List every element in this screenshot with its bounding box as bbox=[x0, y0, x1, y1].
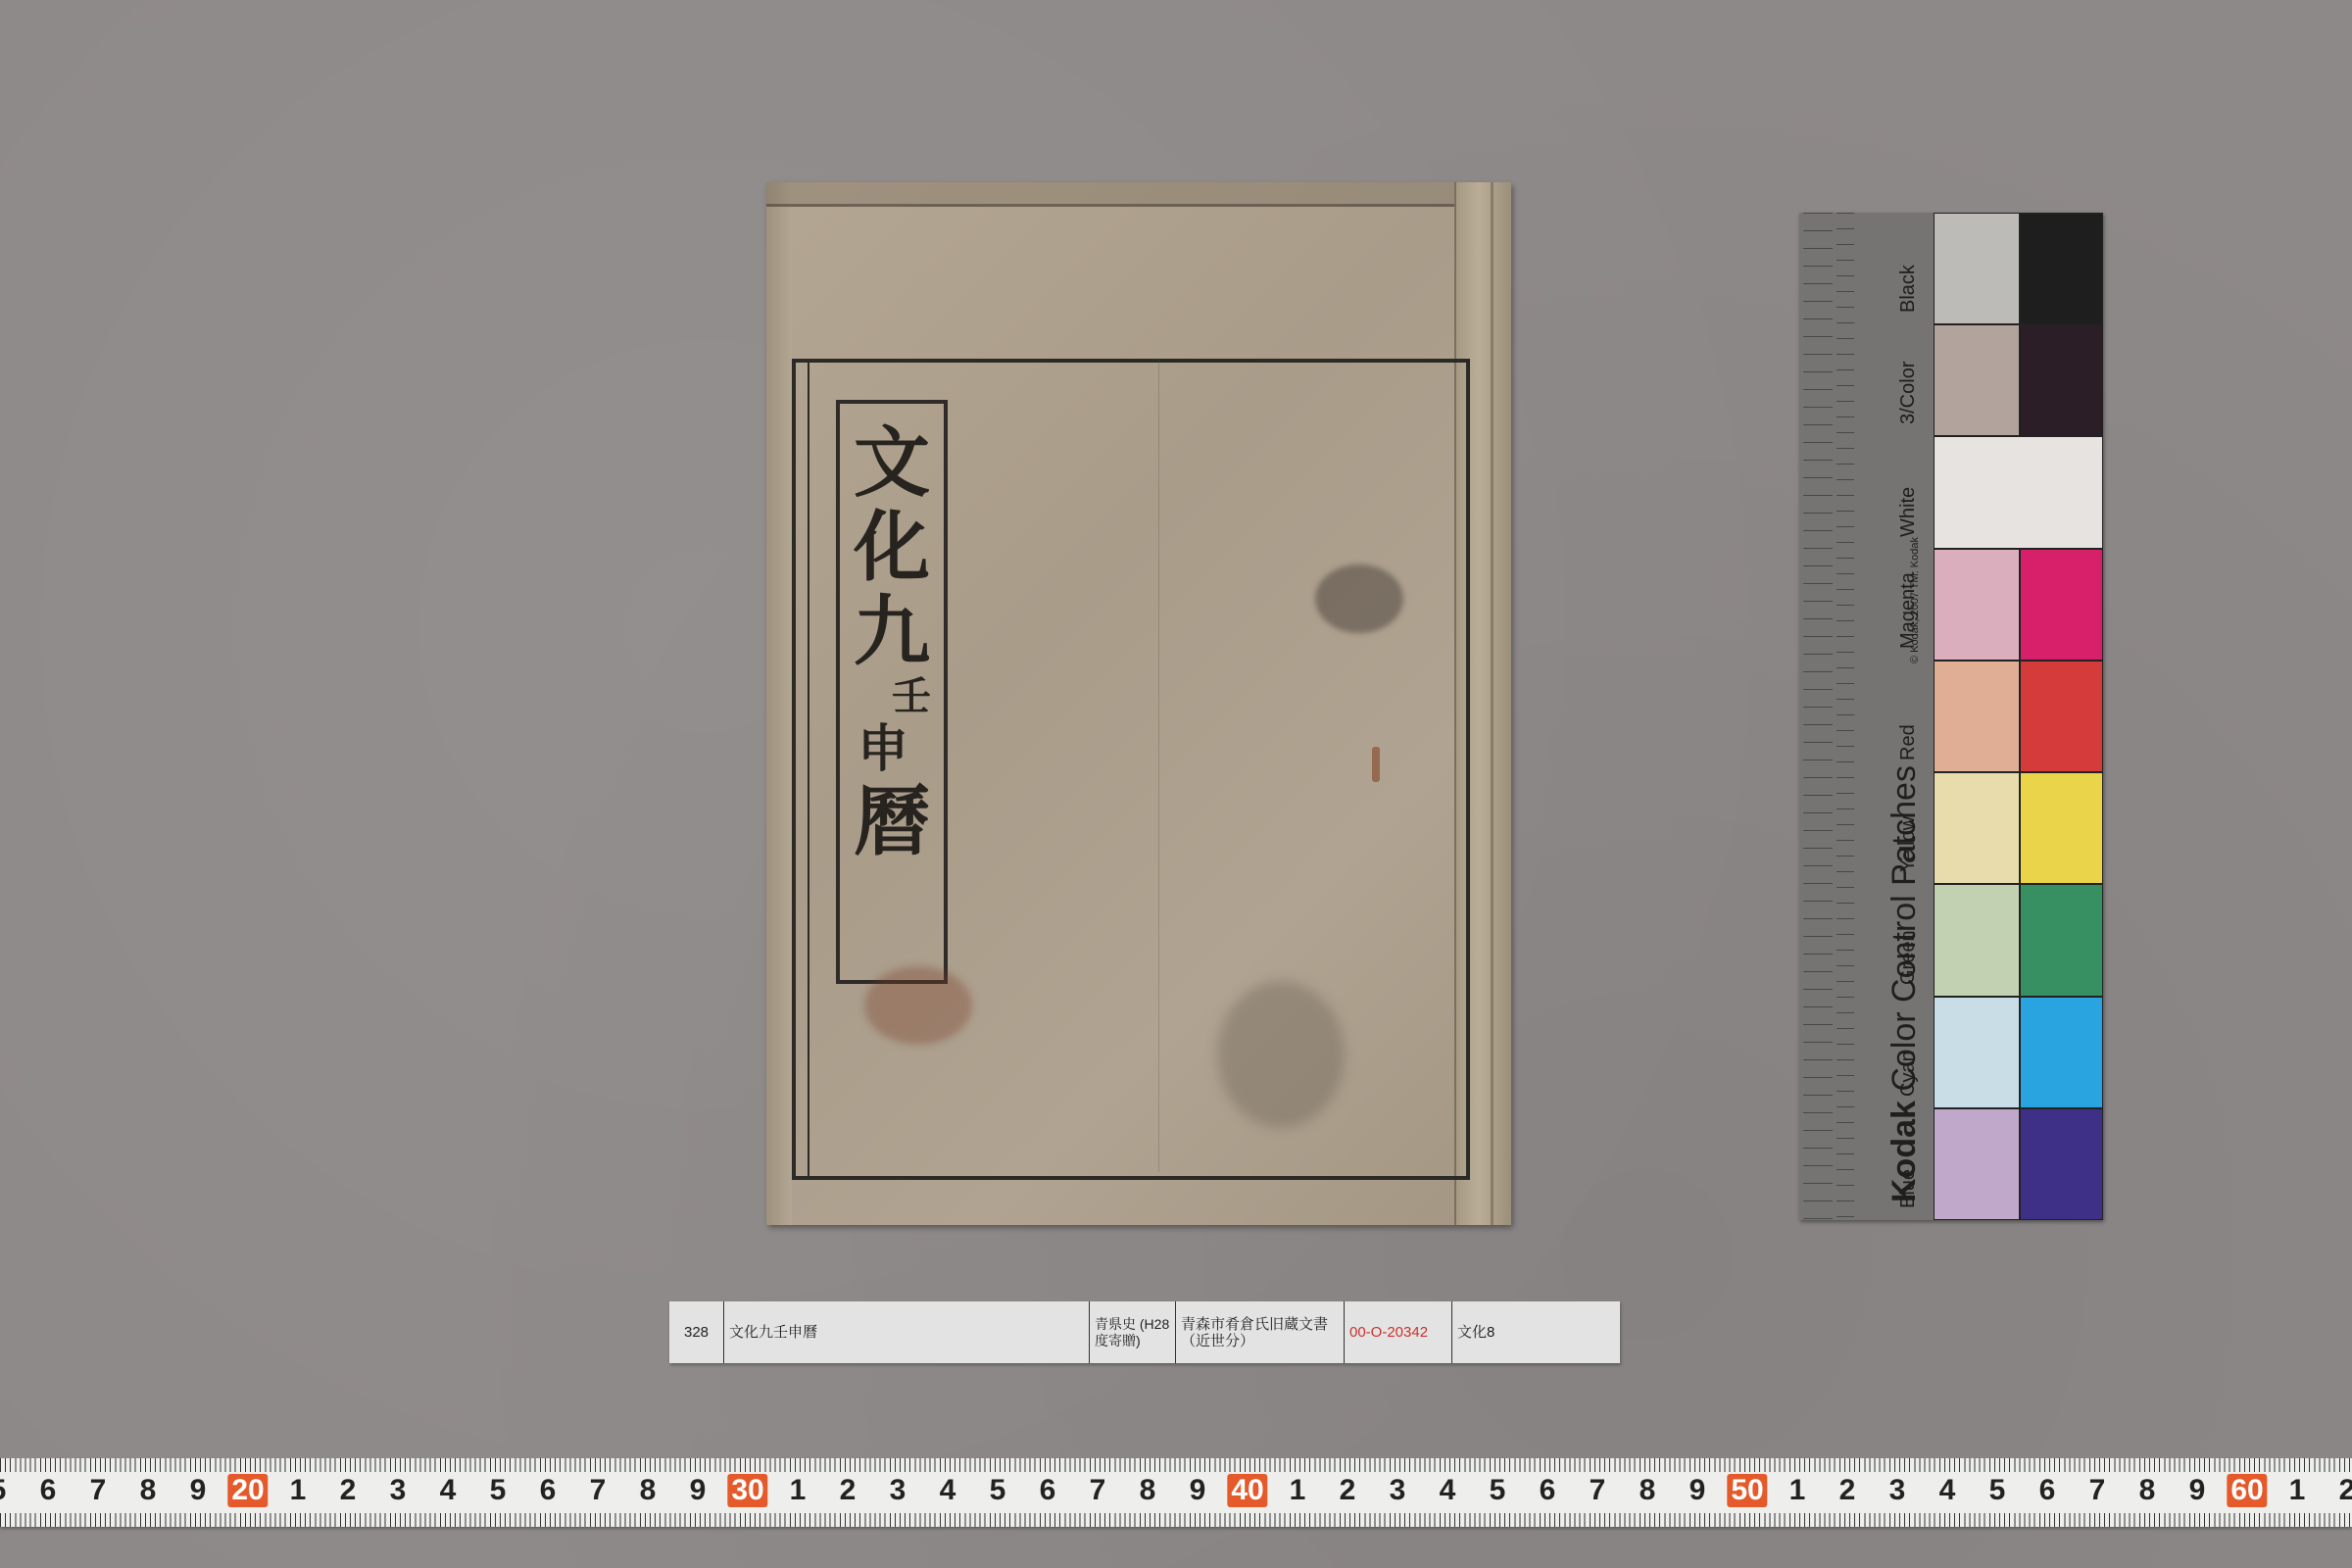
tape-number: 1 bbox=[290, 1474, 307, 1507]
tape-number: 3 bbox=[1390, 1474, 1406, 1507]
tape-number: 6 bbox=[1540, 1474, 1556, 1507]
tape-number: 1 bbox=[790, 1474, 807, 1507]
color-patch-red-dark bbox=[2020, 661, 2103, 772]
tape-number: 2 bbox=[1839, 1474, 1856, 1507]
tape-number: 5 bbox=[490, 1474, 507, 1507]
book-left-edge bbox=[766, 182, 792, 1225]
tape-number: 40 bbox=[1227, 1474, 1267, 1507]
ink-stain bbox=[1315, 564, 1403, 633]
title-char: 九 bbox=[854, 590, 930, 674]
patch-label: Cyan bbox=[1897, 1051, 1920, 1097]
tape-number: 8 bbox=[1140, 1474, 1156, 1507]
tape-number: 7 bbox=[1590, 1474, 1606, 1507]
tape-number: 3 bbox=[890, 1474, 906, 1507]
tape-number: 2 bbox=[1340, 1474, 1356, 1507]
tape-number: 7 bbox=[1090, 1474, 1106, 1507]
title-char: 曆 bbox=[854, 780, 930, 864]
color-patch-3-color-dark bbox=[2020, 324, 2103, 436]
color-patch-cyan-dark bbox=[2020, 997, 2103, 1108]
tape-number: 7 bbox=[90, 1474, 107, 1507]
patch-label: Magenta bbox=[1897, 572, 1920, 649]
tape-number: 5 bbox=[990, 1474, 1006, 1507]
color-patch-red-light bbox=[1934, 661, 2020, 772]
faded-seal-stain bbox=[864, 966, 972, 1045]
color-patch-yellow-light bbox=[1934, 772, 2020, 884]
title-slip: 文 化 九 壬 申 曆 bbox=[836, 400, 948, 984]
faded-print-stain bbox=[1217, 981, 1345, 1128]
paper-fold-line bbox=[1158, 359, 1159, 1172]
tape-number: 3 bbox=[1889, 1474, 1906, 1507]
cm-ruler-ticks bbox=[1837, 213, 1854, 1220]
tape-number: 7 bbox=[2089, 1474, 2106, 1507]
color-patch-green-light bbox=[1934, 884, 2020, 996]
tape-number: 5 bbox=[1989, 1474, 2006, 1507]
measuring-tape: 5678920123456789301234567894012345678950… bbox=[0, 1458, 2352, 1527]
catalog-label-strip: 328 文化九壬申曆 青県史 (H28度寄贈) 青森市肴倉氏旧蔵文書（近世分） … bbox=[669, 1301, 1620, 1363]
label-id: 00-O-20342 bbox=[1345, 1301, 1452, 1363]
patch-label: Green bbox=[1897, 930, 1920, 985]
tape-number: 4 bbox=[440, 1474, 457, 1507]
tape-number: 9 bbox=[2189, 1474, 2206, 1507]
color-patch-cyan-light bbox=[1934, 997, 2020, 1108]
tape-number: 8 bbox=[2139, 1474, 2156, 1507]
binding-thread bbox=[1491, 182, 1494, 1225]
color-patch-white bbox=[1934, 436, 2103, 548]
label-source: 青県史 (H28度寄贈) bbox=[1090, 1301, 1176, 1363]
label-number: 328 bbox=[669, 1301, 724, 1363]
tape-ticks-bottom bbox=[0, 1513, 2352, 1527]
rust-mark bbox=[1372, 747, 1380, 782]
tape-number: 1 bbox=[1789, 1474, 1806, 1507]
inch-ruler-ticks bbox=[1803, 213, 1833, 1220]
patch-label: White bbox=[1897, 487, 1920, 537]
patch-label: 3/Color bbox=[1897, 362, 1920, 424]
color-patch-grid bbox=[1934, 213, 2103, 1220]
tape-number: 1 bbox=[1290, 1474, 1306, 1507]
color-patch-green-dark bbox=[2020, 884, 2103, 996]
color-patch-magenta-dark bbox=[2020, 549, 2103, 661]
tape-number: 50 bbox=[1727, 1474, 1767, 1507]
tape-number: 20 bbox=[227, 1474, 268, 1507]
color-patch-black-light bbox=[1934, 213, 2020, 324]
color-patch-blue-light bbox=[1934, 1108, 2020, 1220]
kodak-ruler-strip: Kodak Color Control Patches © Kodak, 200… bbox=[1799, 213, 1934, 1220]
patch-label: Red bbox=[1897, 724, 1920, 760]
tape-number: 8 bbox=[1640, 1474, 1656, 1507]
color-patch-blue-dark bbox=[2020, 1108, 2103, 1220]
tape-number: 9 bbox=[1190, 1474, 1206, 1507]
tape-number: 30 bbox=[727, 1474, 767, 1507]
title-char: 化 bbox=[854, 506, 930, 590]
tape-number: 4 bbox=[1939, 1474, 1956, 1507]
patch-label: Blue bbox=[1897, 1169, 1920, 1208]
tape-number: 2 bbox=[2339, 1474, 2352, 1507]
tape-number: 6 bbox=[2039, 1474, 2056, 1507]
patch-label: Black bbox=[1897, 265, 1920, 313]
tape-ticks-top bbox=[0, 1458, 2352, 1472]
color-patch-yellow-dark bbox=[2020, 772, 2103, 884]
tape-number: 3 bbox=[390, 1474, 407, 1507]
tape-number: 8 bbox=[140, 1474, 157, 1507]
tape-number: 1 bbox=[2289, 1474, 2306, 1507]
book-top-fold bbox=[766, 182, 1511, 207]
tape-number: 9 bbox=[690, 1474, 707, 1507]
tape-number: 9 bbox=[1690, 1474, 1706, 1507]
tape-number: 4 bbox=[940, 1474, 956, 1507]
tape-number: 5 bbox=[0, 1474, 6, 1507]
historical-book-cover: 文 化 九 壬 申 曆 bbox=[766, 182, 1511, 1225]
title-char: 文 bbox=[854, 421, 930, 506]
tape-number: 6 bbox=[540, 1474, 557, 1507]
title-char: 壬 bbox=[892, 674, 931, 719]
color-patch-black-dark bbox=[2020, 213, 2103, 324]
tape-number: 5 bbox=[1490, 1474, 1506, 1507]
frame-inner-line bbox=[808, 363, 809, 1176]
color-patch-magenta-light bbox=[1934, 549, 2020, 661]
tape-number: 9 bbox=[190, 1474, 207, 1507]
tape-number: 2 bbox=[840, 1474, 857, 1507]
tape-number: 60 bbox=[2227, 1474, 2267, 1507]
kodak-color-chart: Kodak Color Control Patches © Kodak, 200… bbox=[1799, 213, 2103, 1220]
tape-number: 7 bbox=[590, 1474, 607, 1507]
tape-number: 2 bbox=[340, 1474, 357, 1507]
label-collection: 青森市肴倉氏旧蔵文書（近世分） bbox=[1176, 1301, 1345, 1363]
tape-number: 8 bbox=[640, 1474, 657, 1507]
tape-number: 6 bbox=[1040, 1474, 1056, 1507]
tape-number: 6 bbox=[40, 1474, 57, 1507]
label-era: 文化8 bbox=[1452, 1301, 1620, 1363]
patch-label: Yellow bbox=[1897, 816, 1920, 872]
label-title: 文化九壬申曆 bbox=[724, 1301, 1090, 1363]
color-patch-3-color-light bbox=[1934, 324, 2020, 436]
title-char: 申 bbox=[857, 719, 908, 780]
tape-number: 4 bbox=[1440, 1474, 1456, 1507]
